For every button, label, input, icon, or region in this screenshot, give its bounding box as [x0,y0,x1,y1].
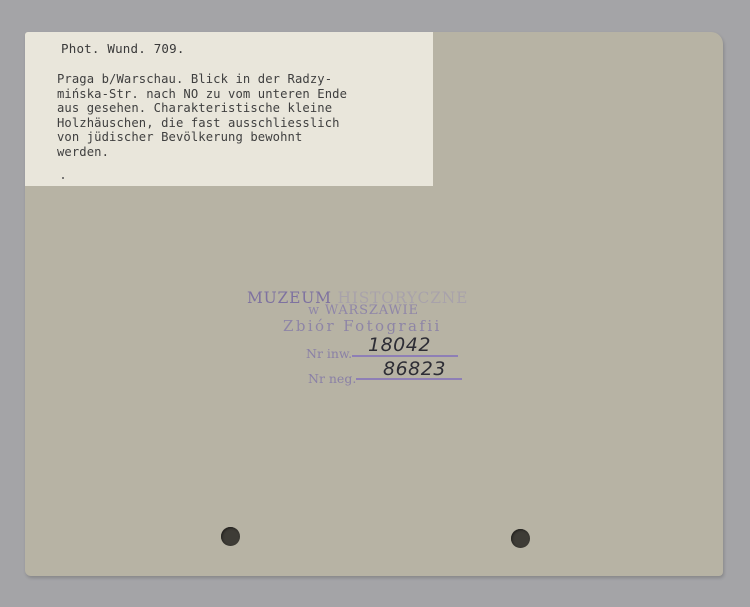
inventory-number: 18042 [368,334,431,356]
inventory-label: Nr inw. [306,346,352,361]
caption-line: Holzhäuschen, die fast ausschliesslich [57,116,340,130]
typed-caption-label: Phot. Wund. 709. Praga b/Warschau. Blick… [25,32,433,186]
punch-hole-left [221,527,240,546]
caption-line: Praga b/Warschau. Blick in der Radzy- [57,72,332,86]
negative-number: 86823 [383,358,446,380]
caption-line: von jüdischer Bevölkerung bewohnt [57,130,302,144]
caption-line: aus gesehen. Charakteristische kleine [57,101,332,115]
caption-line: mińska-Str. nach NO zu vom unteren Ende [57,87,347,101]
punch-hole-right [511,529,530,548]
museum-stamp-line2: w WARSZAWIE [308,303,419,318]
negative-label: Nr neg. [308,371,356,386]
caption-heading: Phot. Wund. 709. [61,41,185,56]
ink-dot [62,177,64,179]
caption-line: werden. [57,145,109,159]
museum-stamp-line3: Zbiór Fotografii [283,317,442,335]
caption-text: Praga b/Warschau. Blick in der Radzy- mi… [57,72,432,159]
